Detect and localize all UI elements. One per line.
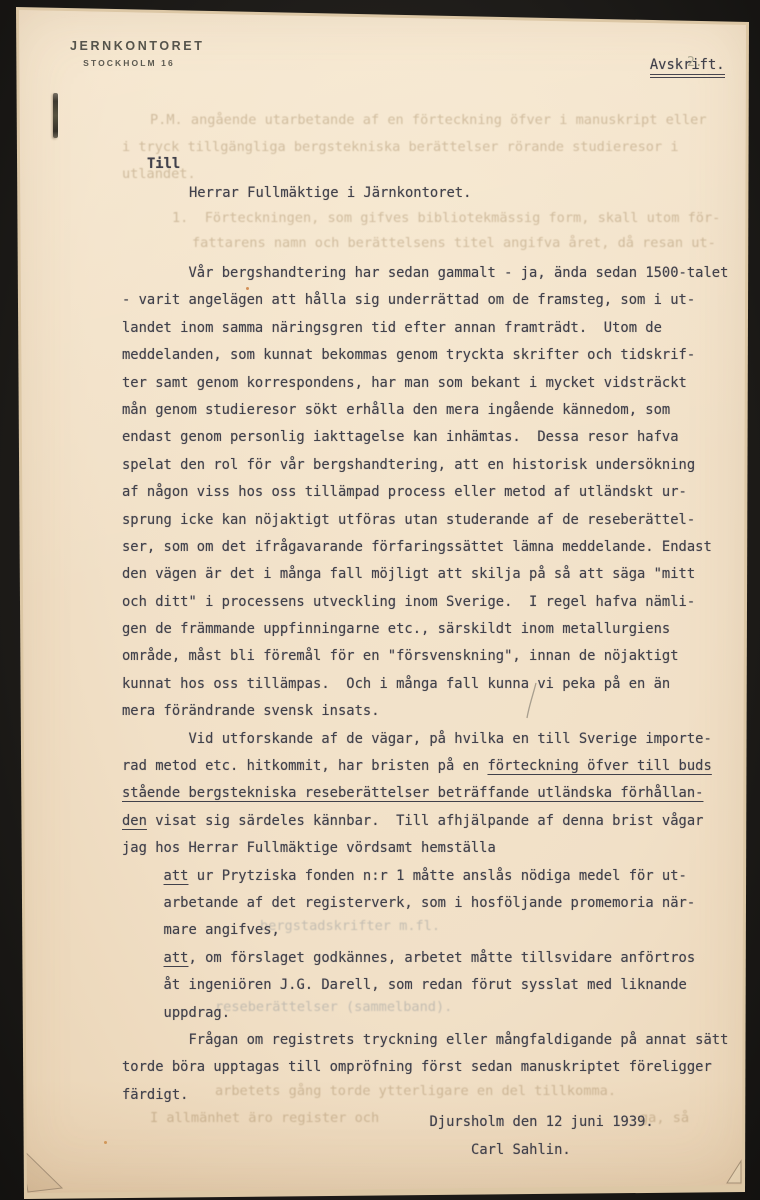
text-segment: af någon viss hos oss tillämpad process … (122, 484, 687, 500)
text-segment: färdigt. (122, 1087, 188, 1103)
text-segment: Frågan om registrets tryckning eller mån… (188, 1032, 728, 1048)
text-segment: - varit angelägen att hålla sig underrät… (122, 292, 695, 308)
scan-background: P.M. angående utarbetande af en förteckn… (0, 0, 760, 1200)
text-segment: mån genom studieresor sökt erhålla den m… (122, 402, 670, 418)
typewriter-line: rad metod etc. hitkommit, har bristen på… (122, 753, 742, 780)
typewriter-line: endast genom personlig iakttagelse kan i… (122, 424, 742, 451)
typewriter-line: spelat den rol för vår bergshandtering, … (122, 452, 742, 479)
text-segment: åt ingeniören J.G. Darell, som redan för… (164, 977, 687, 993)
text-segment: mera förändrande svensk insats. (122, 703, 380, 719)
text-segment: , om förslaget godkännes, arbetet måtte … (188, 950, 695, 966)
text-segment: Carl Sahlin. (471, 1142, 571, 1158)
text-segment: Vår bergshandtering har sedan gammalt - … (188, 265, 728, 281)
text-segment: uppdrag. (164, 1005, 230, 1021)
typewriter-line: - varit angelägen att hålla sig underrät… (122, 287, 742, 314)
typewriter-line: landet inom samma näringsgren tid efter … (122, 315, 742, 342)
text-segment: Djursholm den 12 juni 1939. (429, 1114, 653, 1130)
copy-label: Avskrift. (600, 41, 725, 89)
salutation-recipient: Herrar Fullmäktige i Järnkontoret. (189, 185, 471, 201)
text-segment: kunnat hos oss tillämpas. Och i många fa… (122, 676, 670, 692)
document-page: P.M. angående utarbetande af en förteckn… (0, 0, 760, 1200)
document-body: Vår bergshandtering har sedan gammalt - … (122, 260, 742, 1164)
text-segment: Vid utforskande af de vägar, på hvilka e… (188, 731, 711, 747)
typewriter-line: Vår bergshandtering har sedan gammalt - … (122, 260, 742, 287)
salutation-till: Till (147, 156, 180, 172)
typewriter-line: af någon viss hos oss tillämpad process … (122, 479, 742, 506)
text-segment: gen de främmande uppfinningarne etc., sä… (122, 621, 670, 637)
underlined-text: stående bergstekniska reseberättelser be… (122, 785, 703, 801)
typewriter-line: ter samt genom korrespondens, har man so… (122, 370, 742, 397)
text-segment: sprung icke kan nöjaktigt utföras utan s… (122, 512, 695, 528)
typewriter-line: torde böra upptagas till ompröfning förs… (122, 1054, 742, 1081)
typewriter-line: och ditt" i processens utveckling inom S… (122, 589, 742, 616)
typewriter-line: Frågan om registrets tryckning eller mån… (122, 1027, 742, 1054)
typewriter-line: åt ingeniören J.G. Darell, som redan för… (122, 972, 742, 999)
typewriter-line: stående bergstekniska reseberättelser be… (122, 780, 742, 807)
typewriter-line: Djursholm den 12 juni 1939. (122, 1109, 742, 1136)
bleedthrough-line: P.M. angående utarbetande af en förteckn… (150, 112, 707, 128)
text-segment: ter samt genom korrespondens, har man so… (122, 375, 687, 391)
bleedthrough-line: fattarens namn och berättelsens titel an… (192, 235, 716, 251)
typewriter-line: kunnat hos oss tillämpas. Och i många fa… (122, 671, 742, 698)
typewriter-line: den vägen är det i många fall möjligt at… (122, 561, 742, 588)
text-segment: jag hos Herrar Fullmäktige vördsamt hems… (122, 840, 496, 856)
typewriter-line: den visat sig särdeles kännbar. Till afh… (122, 808, 742, 835)
bleedthrough-line: 1. Förteckningen, som gifves bibliotekmä… (172, 210, 720, 226)
typewriter-line: uppdrag. (122, 1000, 742, 1027)
text-segment: arbetande af det registerverk, som i hos… (164, 895, 696, 911)
text-segment: rad metod etc. hitkommit, har bristen på… (122, 758, 487, 774)
typewriter-line: Vid utforskande af de vägar, på hvilka e… (122, 726, 742, 753)
paper-speck (104, 1141, 107, 1144)
letterhead: JERNKONTORET STOCKHOLM 16 (70, 39, 188, 68)
text-segment: ser, som om det ifrågavarande förfarings… (122, 539, 712, 555)
typewriter-line: sprung icke kan nöjaktigt utföras utan s… (122, 507, 742, 534)
text-segment: torde böra upptagas till ompröfning förs… (122, 1059, 712, 1075)
text-segment: spelat den rol för vår bergshandtering, … (122, 457, 695, 473)
typewriter-line: meddelanden, som kunnat bekommas genom t… (122, 342, 742, 369)
typewriter-line: mare angifves, (122, 917, 742, 944)
letterhead-city: STOCKHOLM 16 (70, 58, 188, 68)
typewriter-line: gen de främmande uppfinningarne etc., sä… (122, 616, 742, 643)
corner-fold-bottom-right (727, 1161, 741, 1183)
text-segment: landet inom samma näringsgren tid efter … (122, 320, 662, 336)
typewriter-line: ser, som om det ifrågavarande förfarings… (122, 534, 742, 561)
typewriter-line: jag hos Herrar Fullmäktige vördsamt hems… (122, 835, 742, 862)
paper-speck (246, 287, 249, 290)
text-segment: den vägen är det i många fall möjligt at… (122, 566, 695, 582)
faint-page-number: 2. (687, 55, 703, 70)
typewriter-line: mån genom studieresor sökt erhålla den m… (122, 397, 742, 424)
text-segment: visat sig särdeles kännbar. Till afhjälp… (147, 813, 704, 829)
underlined-text: att (164, 868, 189, 884)
staple-mark (53, 93, 58, 138)
typewriter-line: att ur Prytziska fonden n:r 1 måtte ansl… (122, 863, 742, 890)
letterhead-company: JERNKONTORET (70, 39, 188, 53)
text-segment: mare angifves, (164, 922, 280, 938)
text-segment: ur Prytziska fonden n:r 1 måtte anslås n… (188, 868, 686, 884)
text-segment: och ditt" i processens utveckling inom S… (122, 594, 695, 610)
typewriter-line: arbetande af det registerverk, som i hos… (122, 890, 742, 917)
text-segment: meddelanden, som kunnat bekommas genom t… (122, 347, 695, 363)
underlined-text: att (164, 950, 189, 966)
typewriter-line: färdigt. (122, 1082, 742, 1109)
text-segment: område, måst bli föremål för en "försven… (122, 648, 679, 664)
text-segment: endast genom personlig iakttagelse kan i… (122, 429, 679, 445)
typewriter-line: mera förändrande svensk insats. (122, 698, 742, 725)
underlined-text: förteckning öfver till buds (487, 758, 711, 774)
bleedthrough-line: i tryck tillgängliga bergstekniska berät… (122, 139, 679, 155)
typewriter-line: att, om förslaget godkännes, arbetet måt… (122, 945, 742, 972)
underlined-text: den (122, 813, 147, 829)
typewriter-line: område, måst bli föremål för en "försven… (122, 643, 742, 670)
typewriter-line: Carl Sahlin. (122, 1137, 742, 1164)
